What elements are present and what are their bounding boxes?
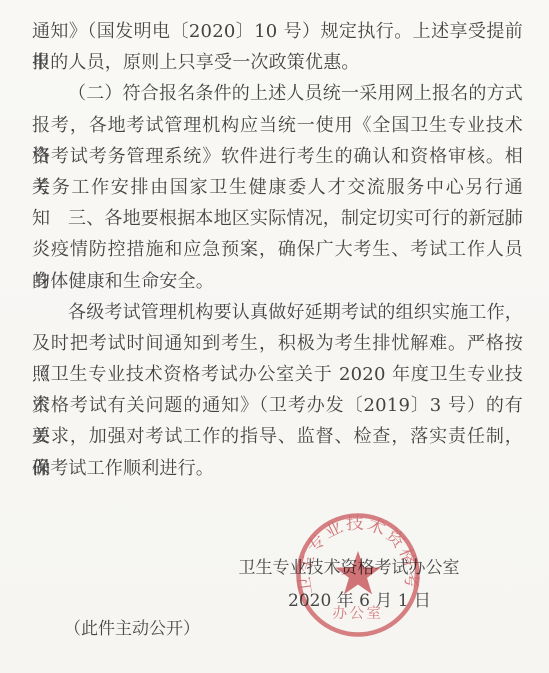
seal-arc-text: 卫生专业技术资格考试 — [294, 511, 421, 596]
text-line: 身体健康和生命安全。 — [32, 266, 523, 297]
document-body: 通知》（国发明电〔2020〕10 号）规定执行。上述享受提前申报的人员，原则上只… — [32, 16, 523, 484]
document-page: 通知》（国发明电〔2020〕10 号）规定执行。上述享受提前申报的人员，原则上只… — [0, 0, 549, 673]
text-line: （二）符合报名条件的上述人员统一采用网上报名的方式 — [32, 78, 523, 109]
text-line: 报考，各地考试管理机构应当统一使用《全国卫生专业技术资 — [32, 110, 523, 141]
text-line: 各级考试管理机构要认真做好延期考试的组织实施工作， — [32, 297, 523, 328]
text-line: 三、各地要根据本地区实际情况，制定切实可行的新冠肺 — [32, 203, 523, 234]
text-line: 《卫生专业技术资格考试办公室关于 2020 年度卫生专业技术 — [32, 359, 523, 390]
text-line: 炎疫情防控措施和应急预案，确保广大考生、考试工作人员的 — [32, 234, 523, 265]
text-line: 报的人员，原则上只享受一次政策优惠。 — [32, 47, 523, 78]
text-line: 及时把考试时间通知到考生，积极为考生排忧解难。严格按照 — [32, 328, 523, 359]
text-line: 要求，加强对考试工作的指导、监督、检查，落实责任制，确 — [32, 421, 523, 452]
text-line: 格考试考务管理系统》软件进行考生的确认和资格审核。相关 — [32, 141, 523, 172]
signature-office: 卫生专业技术资格考试办公室 — [236, 557, 462, 579]
text-line: 保考试工作顺利进行。 — [32, 453, 523, 484]
disclosure-note: （此件主动公开） — [64, 617, 200, 641]
text-line: 资格考试有关问题的通知》（卫考办发〔2019〕3 号）的有关 — [32, 390, 523, 421]
text-line: 通知》（国发明电〔2020〕10 号）规定执行。上述享受提前申 — [32, 16, 523, 47]
text-line: 考务工作安排由国家卫生健康委人才交流服务中心另行通知。 — [32, 172, 523, 203]
signature-date: 2020 年 6 月 1 日 — [288, 590, 422, 612]
